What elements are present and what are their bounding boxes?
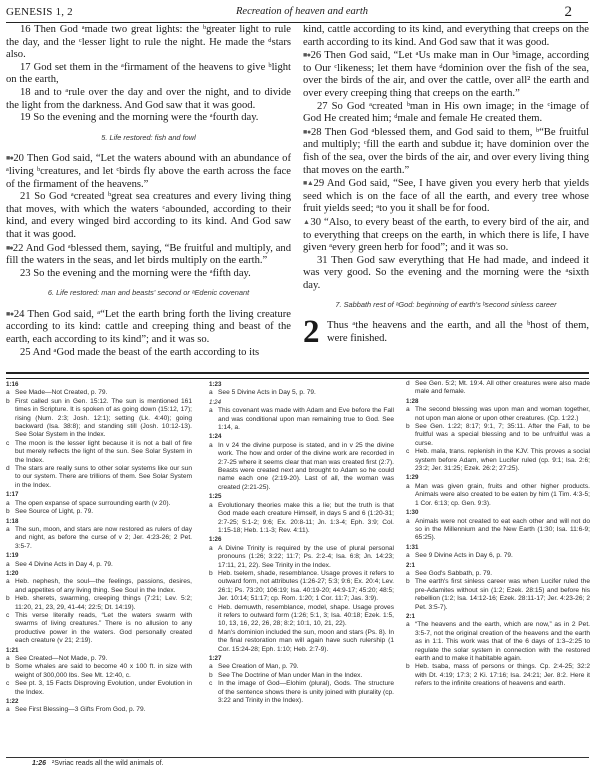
note-letter: a <box>6 526 10 534</box>
verse-16: 16 Then God ᵃmade two great lights: the … <box>6 24 291 62</box>
note-reference: 1:23 <box>209 381 394 389</box>
note-text: Heb. tsaba, mass of persons or things. C… <box>415 663 590 687</box>
note-letter: a <box>6 561 10 569</box>
note-reference: 1:22 <box>6 698 192 706</box>
note-text: Some whales are said to become 40 x 100 … <box>15 663 192 678</box>
study-note: bHeb. tselem, shade, resemblance. Usage … <box>209 570 394 604</box>
study-note: dMan's dominion included the sun, moon a… <box>209 629 394 654</box>
note-reference: 2:1 <box>406 562 590 570</box>
footnote-ref: 1:26 <box>32 760 46 765</box>
study-note: aEvolutionary theories make this a lie; … <box>209 502 394 536</box>
study-note: a“The heavens and the earth, which are n… <box>406 621 590 663</box>
study-note: cIn the image of God—Elohim (plural), Go… <box>209 680 394 705</box>
note-reference: 1:24 <box>209 433 394 441</box>
verse-18: 18 and to ᵃrule over the day and over th… <box>6 87 291 112</box>
note-letter: c <box>406 448 409 456</box>
note-letter: c <box>6 612 9 620</box>
study-note: cThis verse literally reads, “Let the wa… <box>6 612 192 646</box>
study-note: aHeb. nephesh, the soul—the feelings, pa… <box>6 578 192 595</box>
note-text: The moon is the lesser light because it … <box>15 440 192 464</box>
note-text: Animals were not created to eat each oth… <box>415 518 590 542</box>
note-text: See The Doctrine of Man under Man in the… <box>218 672 362 679</box>
book-chapter-label: GENESIS 1, 2 <box>6 6 73 18</box>
study-note: aThe sun, moon, and stars are now restor… <box>6 526 192 551</box>
verse-27: 27 So God ᵃcreated ᵇman in His own image… <box>303 101 589 126</box>
note-letter: a <box>209 389 213 397</box>
study-note: aAnimals were not created to eat each ot… <box>406 518 590 543</box>
note-reference: 1:25 <box>209 493 394 501</box>
note-letter: b <box>406 578 410 586</box>
note-reference: 1:19 <box>6 552 192 560</box>
paragraph-marker-icon: ■● <box>303 128 311 136</box>
study-note: cHeb. demuwth, resemblance, model, shape… <box>209 604 394 629</box>
study-note: bThe earth's first sinless career was wh… <box>406 578 590 612</box>
note-text: See Creation of Man, p. 79. <box>218 663 299 670</box>
note-reference: 1:28 <box>406 398 590 406</box>
note-reference: 1:20 <box>6 570 192 578</box>
verse-25: 25 And ᵃGod made the beast of the earth … <box>6 347 291 360</box>
verse-25-continued: kind, cattle according to its kind, and … <box>303 24 589 49</box>
note-letter: c <box>209 680 212 688</box>
note-letter: a <box>406 518 410 526</box>
note-text: First called sun in Gen. 15:12. The sun … <box>15 398 192 439</box>
study-note: cThe moon is the lesser light because it… <box>6 440 192 465</box>
study-note: aSee First Blessing—3 Gifts From God, p.… <box>6 706 192 714</box>
page-header: GENESIS 1, 2 Recreation of heaven and ea… <box>6 6 588 23</box>
note-letter: b <box>6 398 10 406</box>
note-letter: a <box>209 407 213 415</box>
note-text: See God's Sabbath, p. 79. <box>415 570 492 577</box>
note-letter: b <box>406 423 410 431</box>
note-letter: b <box>6 663 10 671</box>
note-letter: b <box>406 663 410 671</box>
note-letter: a <box>406 406 410 414</box>
verse-22: ■●22 And God ᵃblessed them, saying, “Be … <box>6 242 291 268</box>
note-text: See Created—Not Made, p. 79. <box>15 655 107 662</box>
study-note: bSee Gen. 1:22; 8:17; 9:1, 7; 35:11. Aft… <box>406 423 590 448</box>
note-text: Heb. demuwth, resemblance, model, shape.… <box>218 604 394 628</box>
section-heading-5: 5. Life restored: fish and fowl <box>6 132 291 145</box>
verse-29: ■▲29 And God said, “See, I have given yo… <box>303 177 589 216</box>
note-letter: d <box>406 380 410 388</box>
note-reference: 1:21 <box>6 647 192 655</box>
verse-19: 19 So the evening and the morning were t… <box>6 112 291 125</box>
note-letter: c <box>6 680 9 688</box>
study-note: bSome whales are said to become 40 x 100… <box>6 663 192 680</box>
page-running-title: Recreation of heaven and earth <box>236 6 368 17</box>
note-text: “The heavens and the earth, which are no… <box>415 621 590 662</box>
note-letter: a <box>6 389 10 397</box>
note-text: The second blessing was upon man and wom… <box>415 406 590 421</box>
note-text: This covenant was made with Adam and Eve… <box>218 407 394 431</box>
scripture-column-left: 16 Then God ᵃmade two great lights: the … <box>6 24 291 359</box>
paragraph-marker-icon: ■● <box>6 244 13 252</box>
note-letter: a <box>406 483 410 491</box>
note-reference: 1:31 <box>406 544 590 552</box>
note-text: See pt. 3, 15 Facts Disproving Evolution… <box>15 680 192 695</box>
note-reference: 2:1 <box>406 613 590 621</box>
study-note: aSee Made—Not Created, p. 79. <box>6 389 192 397</box>
paragraph-marker-icon: ■▲ <box>303 179 314 187</box>
note-text: This verse literally reads, “Let the wat… <box>15 612 192 644</box>
section-heading-7: 7. Sabbath rest of ᵃGod: beginning of ea… <box>303 299 589 312</box>
note-letter: d <box>6 465 10 473</box>
footnote-text: ²Syriac reads all the wild animals of. <box>52 760 164 765</box>
study-note: aThe open expanse of space surrounding e… <box>6 500 192 508</box>
note-text: See First Blessing—3 Gifts From God, p. … <box>15 706 145 713</box>
notes-divider <box>6 372 589 379</box>
note-reference: 1:18 <box>6 518 192 526</box>
note-reference: 1:24 <box>209 399 394 407</box>
note-text: The earth's first sinless career was whe… <box>415 578 590 610</box>
note-letter: a <box>209 502 213 510</box>
study-note: aA Divine Trinity is required by the use… <box>209 545 394 570</box>
note-text: See Source of Light, p. 79. <box>15 508 93 515</box>
study-note: aSee 5 Divine Acts in Day 5, p. 79. <box>209 389 394 397</box>
study-note: bFirst called sun in Gen. 15:12. The sun… <box>6 398 192 440</box>
note-letter: a <box>209 663 213 671</box>
note-reference: 1:27 <box>209 655 394 663</box>
note-text: Heb. nephesh, the soul—the feelings, pas… <box>15 578 192 593</box>
study-note: bHeb. sherets, swarming, creeping things… <box>6 595 192 612</box>
study-notes-column-3: dSee Gen. 5:2; Mt. 19:4. All other creat… <box>406 380 590 689</box>
note-text: Heb. tselem, shade, resemblance. Usage p… <box>218 570 394 602</box>
note-letter: a <box>6 578 10 586</box>
note-text: See Gen. 5:2; Mt. 19:4. All other creatu… <box>415 380 590 395</box>
verse-24: ■●24 Then God said, ᵃ“Let the earth brin… <box>6 308 291 347</box>
verse-31: 31 Then God saw everything that He had m… <box>303 255 589 293</box>
scripture-column-right: kind, cattle according to its kind, and … <box>303 24 589 345</box>
study-note: aSee Created—Not Made, p. 79. <box>6 655 192 663</box>
note-reference: 1:16 <box>6 381 192 389</box>
note-letter: b <box>6 595 10 603</box>
verse-17: 17 God set them in the ᵃfirmament of the… <box>6 62 291 87</box>
note-letter: c <box>6 440 9 448</box>
study-note: aThe second blessing was upon man and wo… <box>406 406 590 423</box>
paragraph-marker-icon: ■● <box>303 51 311 59</box>
paragraph-marker-icon: ■● <box>6 310 14 318</box>
note-reference: 1:17 <box>6 491 192 499</box>
note-letter: a <box>406 570 410 578</box>
verse-30: ▲ 30 “Also, to every beast of the earth,… <box>303 216 589 255</box>
study-note: aIn v 24 the divine purpose is stated, a… <box>209 442 394 492</box>
study-note: aSee God's Sabbath, p. 79. <box>406 570 590 578</box>
study-notes-column-2: 1:23aSee 5 Divine Acts in Day 5, p. 79.1… <box>209 380 394 705</box>
note-letter: b <box>6 508 10 516</box>
note-letter: a <box>6 655 10 663</box>
note-text: See Gen. 1:22; 8:17; 9:1, 7; 35:11. Afte… <box>415 423 590 447</box>
study-note: aSee Creation of Man, p. 79. <box>209 663 394 671</box>
note-text: Evolutionary theories make this a lie; b… <box>218 502 394 534</box>
note-letter: a <box>6 706 10 714</box>
note-text: See 5 Divine Acts in Day 5, p. 79. <box>218 389 316 396</box>
note-reference: 1:26 <box>209 536 394 544</box>
note-letter: a <box>209 442 213 450</box>
note-text: The sun, moon, and stars are now restore… <box>15 526 192 550</box>
notes-bottom-rule <box>6 757 589 758</box>
study-note: bSee Source of Light, p. 79. <box>6 508 192 516</box>
verse-20: ■●20 Then God said, “Let the waters abou… <box>6 152 291 191</box>
note-letter: a <box>209 545 213 553</box>
textual-footnote: 1:26 ²Syriac reads all the wild animals … <box>32 760 164 765</box>
study-note: aSee 9 Divine Acts in Day 6, p. 79. <box>406 552 590 560</box>
note-letter: a <box>406 621 410 629</box>
note-text: Man's dominion included the sun, moon an… <box>218 629 394 653</box>
note-text: Heb. sherets, swarming, creeping things … <box>15 595 192 610</box>
note-text: The stars are really suns to other solar… <box>15 465 192 489</box>
study-note: dThe stars are really suns to other sola… <box>6 465 192 490</box>
study-note: dSee Gen. 5:2; Mt. 19:4. All other creat… <box>406 380 590 397</box>
note-text: See 9 Divine Acts in Day 6, p. 79. <box>415 552 513 559</box>
note-letter: a <box>6 500 10 508</box>
note-reference: 1:29 <box>406 474 590 482</box>
study-note: bHeb. tsaba, mass of persons or things. … <box>406 663 590 688</box>
verse-23: 23 So the evening and the morning were t… <box>6 268 291 281</box>
study-note: aThis covenant was made with Adam and Ev… <box>209 407 394 432</box>
note-text: Man was given grain, fruits and other hi… <box>415 483 590 507</box>
study-note: cSee pt. 3, 15 Facts Disproving Evolutio… <box>6 680 192 697</box>
verse-26: ■●26 Then God said, “Let ᵃUs make man in… <box>303 49 589 100</box>
study-notes-column-1: 1:16aSee Made—Not Created, p. 79.bFirst … <box>6 380 192 715</box>
note-text: In v 24 the divine purpose is stated, an… <box>218 442 394 491</box>
note-letter: b <box>209 570 213 578</box>
page-number: 2 <box>565 4 573 21</box>
note-text: In the image of God—Elohim (plural), God… <box>218 680 394 704</box>
note-letter: d <box>209 629 213 637</box>
study-note: cHeb. mala, trans. replenish in the KJV.… <box>406 448 590 473</box>
study-note: aSee 4 Divine Acts in Day 4, p. 79. <box>6 561 192 569</box>
chapter-2-verse-1: 2 Thus ᵃthe heavens and the earth, and a… <box>303 320 589 345</box>
section-heading-6: 6. Life restored: man and beasts' second… <box>6 287 291 300</box>
chapter-drop-cap: 2 <box>303 317 320 347</box>
note-text: A Divine Trinity is required by the use … <box>218 545 394 569</box>
study-note: aMan was given grain, fruits and other h… <box>406 483 590 508</box>
note-text: See Made—Not Created, p. 79. <box>15 389 107 396</box>
note-text: Heb. mala, trans. replenish in the KJV. … <box>415 448 590 472</box>
study-note: bSee The Doctrine of Man under Man in th… <box>209 672 394 680</box>
note-text: See 4 Divine Acts in Day 4, p. 79. <box>15 561 113 568</box>
note-reference: 1:30 <box>406 509 590 517</box>
note-letter: b <box>209 672 213 680</box>
note-letter: c <box>209 604 212 612</box>
verse-28: ■●28 Then God ᵃblessed them, and God sai… <box>303 126 589 177</box>
verse-21: 21 So God ᵃcreated ᵇgreat sea creatures … <box>6 191 291 241</box>
note-letter: a <box>406 552 410 560</box>
note-text: The open expanse of space surrounding ea… <box>15 500 170 507</box>
